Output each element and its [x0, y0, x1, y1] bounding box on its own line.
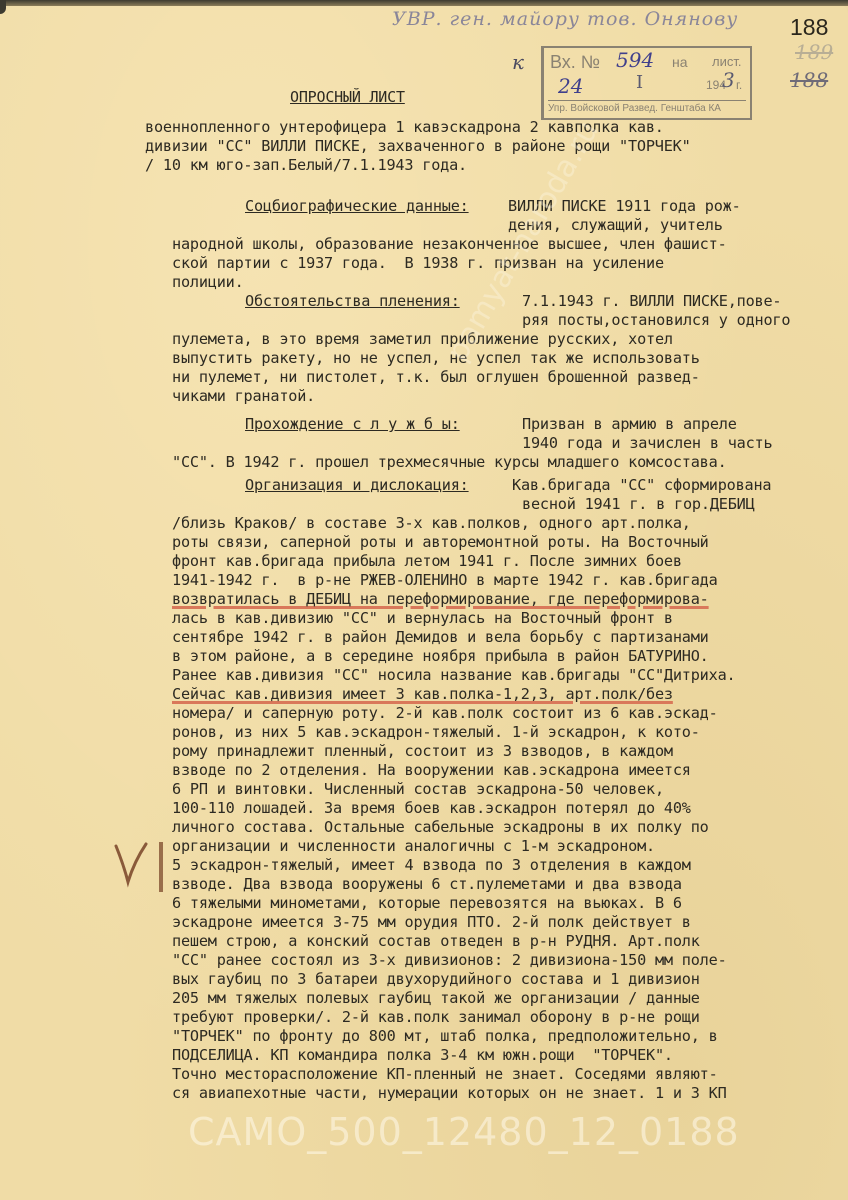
section-line: 205 мм тяжелых полевых гаубиц такой же о…	[172, 989, 700, 1008]
stamp-number: 594	[616, 48, 654, 72]
section-line: 6 тяжелыми минометами, которые перевозят…	[172, 894, 682, 913]
stamp-organization: Упр. Войсковой Развед. Генштаба КА	[548, 100, 746, 114]
section-line: фронт кав.бригада прибыла летом 1941 г. …	[172, 552, 682, 571]
section-heading-capture: Обстоятельства пленения:	[245, 292, 460, 311]
section-line: ПОДСЕЛИЦА. КП командира полка 3-4 км южн…	[172, 1046, 673, 1065]
checkmark-icon	[112, 838, 152, 888]
registration-stamp: Вх. № 594 на лист. 24 I 194 3 г. Упр. Во…	[541, 46, 752, 120]
section-line: рому принадлежит пленный, состоит из 3 в…	[172, 742, 673, 761]
section-line: сентябре 1942 г. в район Демидов и вела …	[172, 628, 709, 647]
stamp-label-in: Вх. №	[550, 52, 600, 73]
section-heading-organization: Организация и дислокация:	[245, 476, 469, 495]
stamp-label-na: на	[672, 54, 688, 70]
old-sheet-number-2: 188	[790, 68, 828, 92]
section-line: личного состава. Остальные сабельные эск…	[172, 818, 709, 837]
section-indented-line: 1940 года и зачислен в часть	[522, 434, 772, 453]
k-mark: к	[512, 50, 524, 74]
section-line: 6 РП и винтовки. Численный состав эскадр…	[172, 780, 664, 799]
section-line: ни пулемет, ни пистолет, т.к. был оглуше…	[172, 368, 700, 387]
section-line: "СС". В 1942 г. прошел трехмесячные курс…	[172, 453, 727, 472]
section-line: взводе. Два взвода вооружены 6 ст.пулеме…	[172, 875, 682, 894]
section-line: полиции.	[172, 273, 244, 292]
section-line: 100-110 лошадей. За время боев кав.эскад…	[172, 799, 691, 818]
section-line: вых гаубиц по 3 батареи двухорудийного с…	[172, 970, 700, 989]
document-title: ОПРОСНЫЙ ЛИСТ	[290, 88, 405, 107]
section-line: в этом районе, а в середине ноября прибы…	[172, 647, 709, 666]
stamp-month: I	[636, 72, 643, 93]
section-line: номера/ и саперную роту. 2-й кав.полк со…	[172, 704, 718, 723]
stamp-label-list: лист.	[712, 54, 741, 69]
page-top-edge	[0, 0, 848, 6]
section-line-underlined: возвратилась в ДЕБИЦ на переформирование…	[172, 590, 709, 609]
section-line: ской партии с 1937 года. В 1938 г. призв…	[172, 254, 664, 273]
section-line: "СС" ранее состоял из 3-х дивизионов: 2 …	[172, 951, 727, 970]
margin-line-mark	[159, 842, 163, 892]
section-heading-biography: Соцбиографические данные:	[245, 197, 469, 216]
section-line: "ТОРЧЕК" по фронту до 800 мт, штаб полка…	[172, 1027, 718, 1046]
section-line: /близь Краков/ в составе 3-х кав.полков,…	[172, 514, 691, 533]
section-line: Точно месторасположение КП-пленный не зн…	[172, 1065, 718, 1084]
section-line: роты связи, саперной роты и авторемонтно…	[172, 533, 709, 552]
section-first-line: Призван в армию в апреле	[522, 415, 737, 434]
section-indented-line: ряя посты,остановился у одного	[522, 311, 790, 330]
handwritten-address: УВР. ген. майору тов. Онянову	[392, 8, 738, 30]
section-line: 5 эскадрон-тяжелый, имеет 4 взвода по 3 …	[172, 856, 691, 875]
section-line: взводе по 2 отделения. На вооружении кав…	[172, 761, 691, 780]
section-line: народной школы, образование незаконченно…	[172, 235, 727, 254]
section-line: Ранее кав.дивизия "СС" носила название к…	[172, 666, 735, 685]
old-sheet-number-1: 189	[795, 40, 833, 64]
section-first-line: 7.1.1943 г. ВИЛЛИ ПИСКЕ,пове-	[522, 292, 781, 311]
section-first-line: Кав.бригада "СС" сформирована	[512, 476, 771, 495]
section-line: лась в кав.дивизию "СС" и вернулась на В…	[172, 609, 673, 628]
stamp-year-suffix: 3	[722, 68, 735, 92]
section-line: выпустить ракету, но не успел, не успел …	[172, 349, 700, 368]
section-line-underlined: Сейчас кав.дивизия имеет 3 кав.полка-1,2…	[172, 685, 673, 704]
stamp-year-g: г.	[736, 78, 742, 92]
section-heading-service: Прохождение с л у ж б ы:	[245, 415, 460, 434]
intro-line: / 10 км юго-зап.Белый/7.1.1943 года.	[145, 156, 467, 175]
sheet-number: 188	[790, 14, 828, 41]
section-indented-line: весной 1941 г. в гор.ДЕБИЦ	[522, 495, 755, 514]
section-line: эскадроне имеется 3-75 мм орудия ПТО. 2-…	[172, 913, 691, 932]
section-line: пешем строю, а конский состав отведен в …	[172, 932, 700, 951]
archive-watermark: CAMO_500_12480_12_0188	[188, 1110, 740, 1154]
intro-line: дивизии "СС" ВИЛЛИ ПИСКЕ, захваченного в…	[145, 137, 691, 156]
stamp-day: 24	[558, 74, 583, 98]
section-line: требуют проверки/. 2-й кав.полк занимал …	[172, 1008, 700, 1027]
section-line: ся авиапехотные части, нумерации которых…	[172, 1084, 727, 1103]
section-line: 1941-1942 г. в р-не РЖЕВ-ОЛЕНИНО в марте…	[172, 571, 718, 590]
section-line: организации и численности аналогичны с 1…	[172, 837, 655, 856]
section-line: чиками гранатой.	[172, 387, 315, 406]
section-line: ронов, из них 5 кав.эскадрон-тяжелый. 1-…	[172, 723, 700, 742]
section-line: пулемета, в это время заметил приближени…	[172, 330, 673, 349]
